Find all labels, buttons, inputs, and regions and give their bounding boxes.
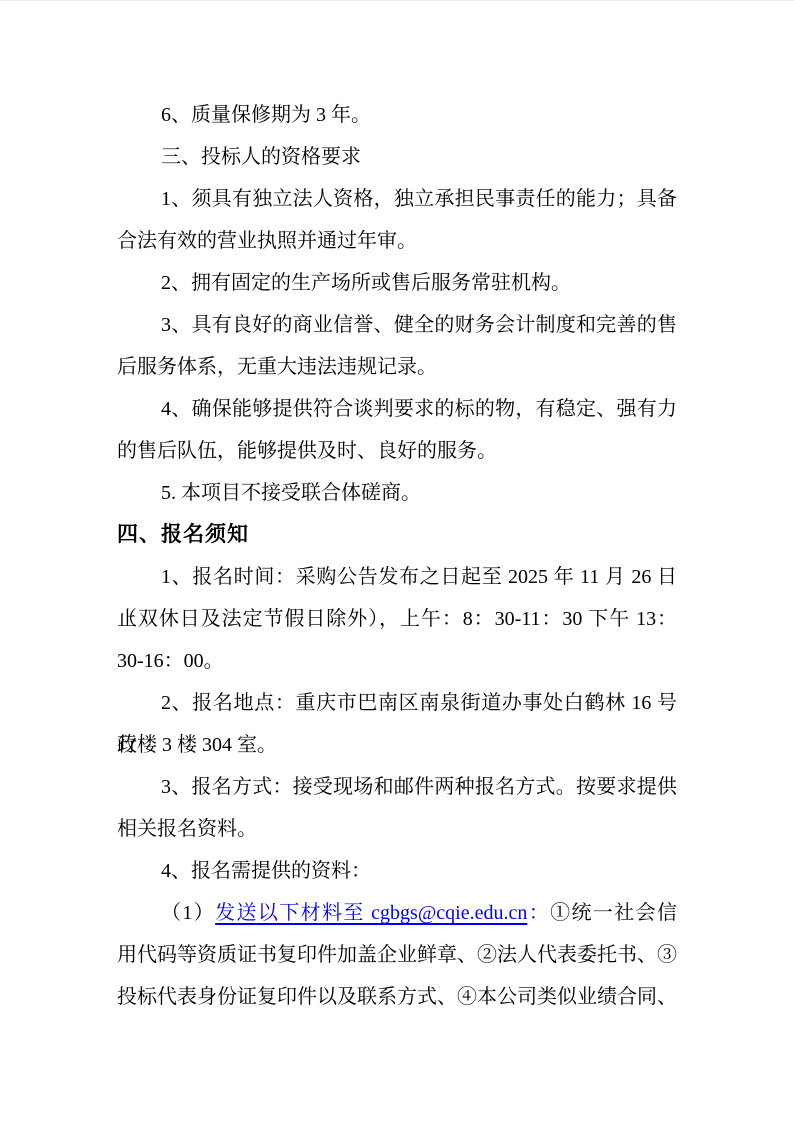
registration-method-line-1: 3、报名方式：接受现场和邮件两种报名方式。按要求提供 (117, 766, 677, 808)
section-4-heading: 四、报名须知 (117, 514, 677, 556)
materials-item-1-prefix: （1） (161, 902, 215, 924)
qualification-item-2: 2、拥有固定的生产场所或售后服务常驻机构。 (117, 262, 677, 304)
materials-item-1-rest: ①统一社会信 (550, 902, 677, 924)
materials-item-1-line-3: 投标代表身份证复印件以及联系方式、④本公司类似业绩合同、 (117, 976, 677, 1018)
qualification-item-3-line-2: 后服务体系，无重大违法违规记录。 (117, 346, 677, 388)
qualification-item-5: 5. 本项目不接受联合体磋商。 (117, 472, 677, 514)
materials-item-1-line-2: 用代码等资质证书复印件加盖企业鲜章、②法人代表委托书、③ (117, 934, 677, 976)
qualification-item-1-line-1: 1、须具有独立法人资格，独立承担民事责任的能力；具备 (117, 178, 677, 220)
registration-time-line-2: （双休日及法定节假日除外），上午：8：30-11：30 下午 13： (117, 598, 677, 640)
qualification-item-3-line-1: 3、具有良好的商业信誉、健全的财务会计制度和完善的售 (117, 304, 677, 346)
registration-location-line-1: 2、报名地点：重庆市巴南区南泉街道办事处白鹤林 16 号行 (117, 682, 677, 724)
registration-time-line-1: 1、报名时间：采购公告发布之日起至 2025 年 11 月 26 日止 (117, 556, 677, 598)
registration-time-line-3: 30-16：00。 (117, 640, 677, 682)
email-link[interactable]: 发送以下材料至 cgbgs@cqie.edu.cn (215, 902, 527, 924)
registration-method-line-2: 相关报名资料。 (117, 808, 677, 850)
materials-item-1-line-1: （1）发送以下材料至 cgbgs@cqie.edu.cn：①统一社会信 (117, 892, 677, 934)
warranty-period-line: 6、质量保修期为 3 年。 (117, 94, 677, 136)
section-3-heading: 三、投标人的资格要求 (117, 136, 677, 178)
qualification-item-4-line-1: 4、确保能够提供符合谈判要求的标的物，有稳定、强有力 (117, 388, 677, 430)
document-page: 6、质量保修期为 3 年。 三、投标人的资格要求 1、须具有独立法人资格，独立承… (0, 0, 794, 1122)
email-link-colon: ： (527, 902, 550, 924)
registration-location-line-2: 政楼 3 楼 304 室。 (117, 724, 677, 766)
qualification-item-1-line-2: 合法有效的营业执照并通过年审。 (117, 220, 677, 262)
qualification-item-4-line-2: 的售后队伍，能够提供及时、良好的服务。 (117, 430, 677, 472)
registration-materials-heading: 4、报名需提供的资料： (117, 850, 677, 892)
